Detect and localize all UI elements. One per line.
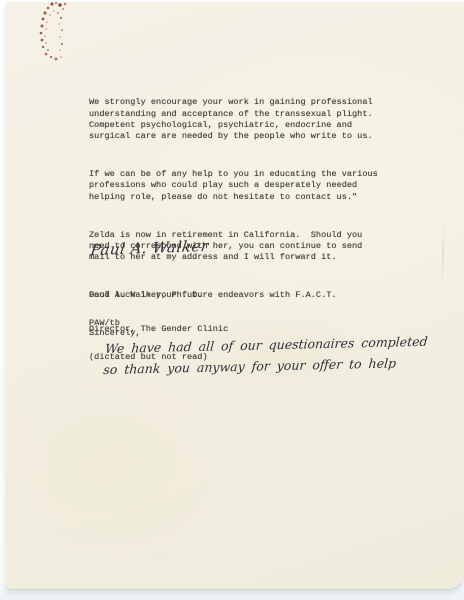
- handwritten-postscript: We have had all of our questionaires com…: [103, 331, 436, 381]
- letter-paper: We strongly encourage your work in gaini…: [6, 2, 464, 589]
- typist-reference: PAW/tb: [89, 318, 208, 329]
- stain-mark: [34, 1, 74, 65]
- letter-paragraph: We strongly encourage your work in gaini…: [89, 97, 419, 142]
- letter-paragraph: If we can be of any help to you in educa…: [89, 169, 419, 203]
- scanned-letter-page: We strongly encourage your work in gaini…: [0, 0, 464, 600]
- paper-crease: [441, 224, 445, 286]
